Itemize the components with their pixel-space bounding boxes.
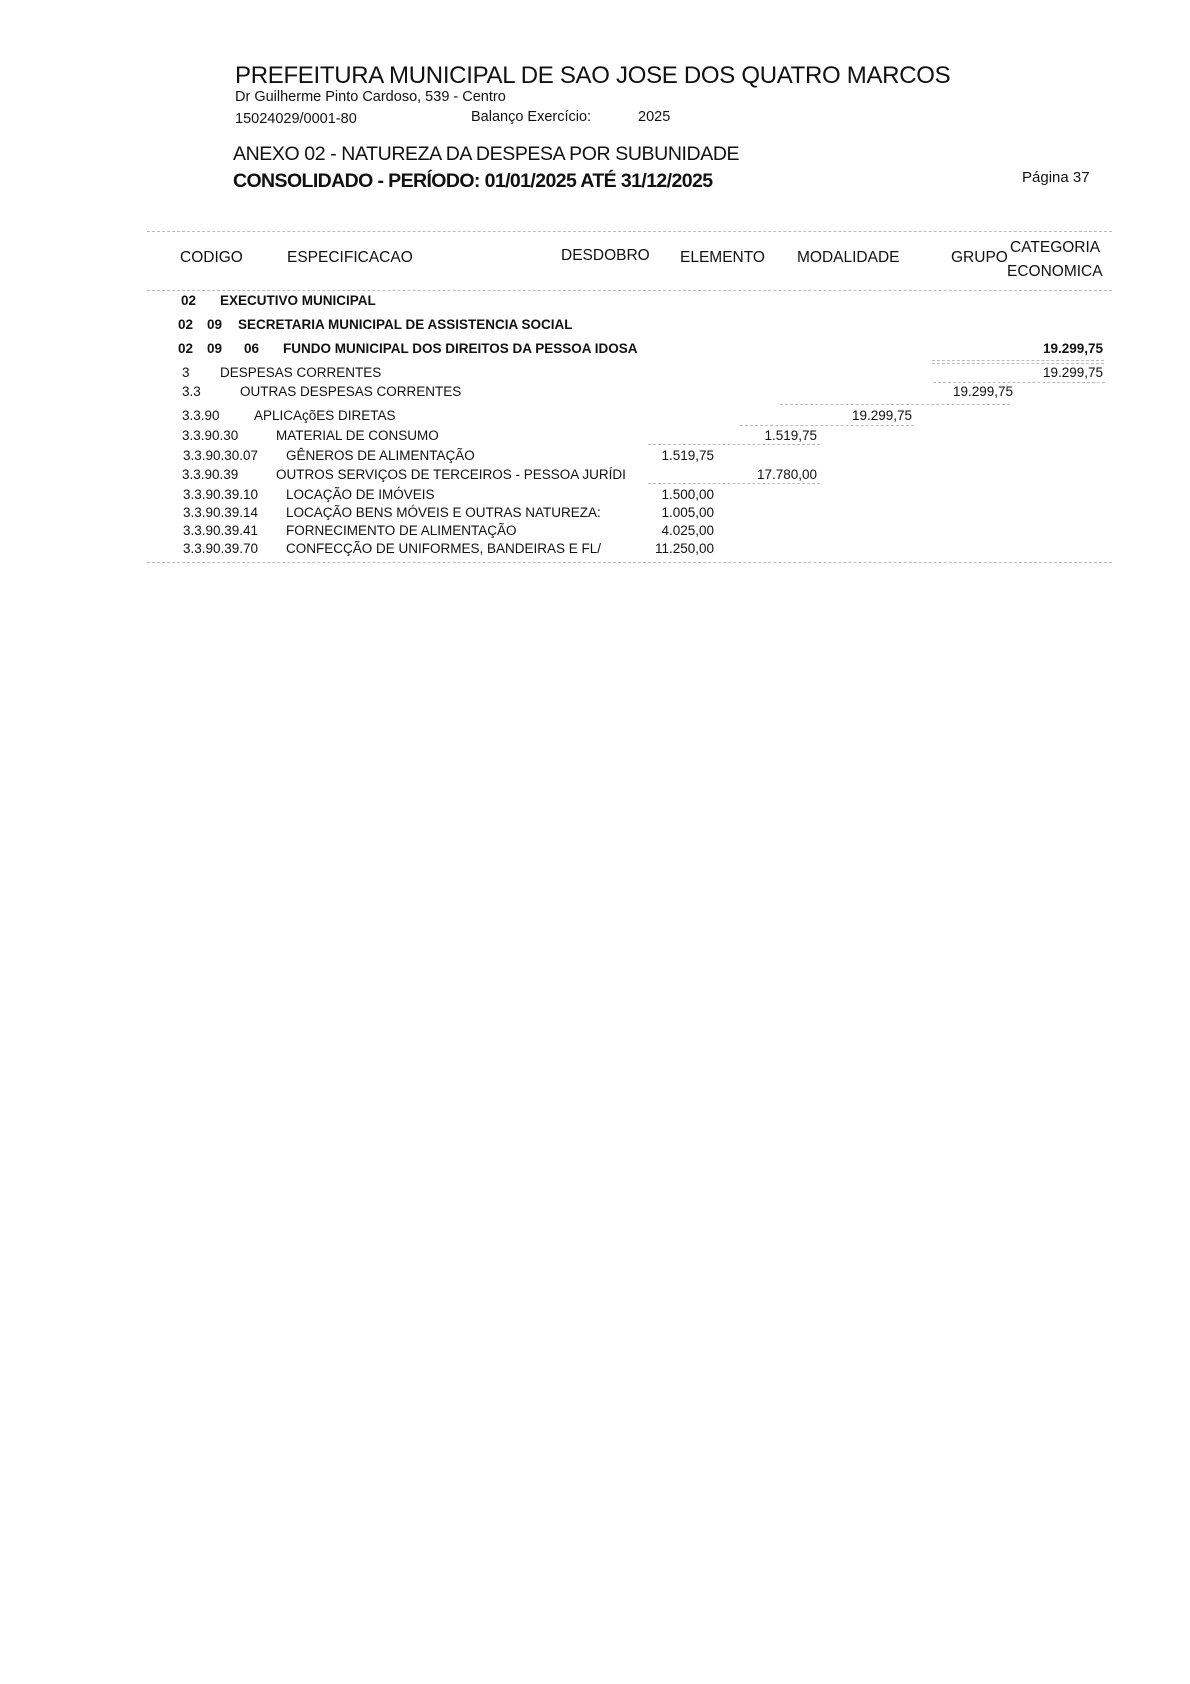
report-period: CONSOLIDADO - PERÍODO: 01/01/2025 ATÉ 31… [233,170,712,193]
row-desc: OUTRAS DESPESAS CORRENTES [240,384,461,399]
row-categoria-value: 19.299,75 [1043,365,1103,380]
row-desc: CONFECÇÃO DE UNIFORMES, BANDEIRAS E FL/ [286,541,601,556]
subunidade-name: FUNDO MUNICIPAL DOS DIREITOS DA PESSOA I… [283,341,638,356]
row-elemento-value: 17.780,00 [757,467,817,482]
row-code: 3.3.90 [182,408,220,423]
row-desdobro-value: 1.519,75 [661,448,714,463]
entity-cnpj: 15024029/0001-80 [235,111,357,127]
row-desc: APLICAçõES DIRETAS [254,408,396,423]
row-desc: DESPESAS CORRENTES [220,365,381,380]
col-modalidade: MODALIDADE [797,249,900,267]
row-code: 3.3.90.39 [182,467,238,482]
row-code: 3 [182,365,190,380]
grupo-divider [780,404,1010,405]
col-desdobro: DESDOBRO [561,247,650,265]
subunidade-code2: 09 [207,341,222,356]
row-desdobro-value: 11.250,00 [655,541,714,556]
row-desdobro-value: 1.005,00 [661,505,714,520]
header-top-divider [147,231,1112,232]
report-title: ANEXO 02 - NATUREZA DA DESPESA POR SUBUN… [233,143,739,166]
subunidade-total: 19.299,75 [1043,341,1103,356]
header-bottom-divider [147,290,1112,291]
table-bottom-divider [147,562,1112,563]
col-codigo: CODIGO [180,249,243,267]
col-grupo: GRUPO [951,249,1008,267]
col-elemento: ELEMENTO [680,249,765,267]
categoria-divider [933,382,1105,383]
elemento-divider [648,444,820,445]
row-code: 3.3.90.39.41 [183,523,258,538]
row-desc: MATERIAL DE CONSUMO [276,428,439,443]
row-code: 3.3 [182,384,201,399]
row-desdobro-value: 4.025,00 [661,523,714,538]
row-elemento-value: 1.519,75 [764,428,817,443]
subunidade-code1: 02 [178,341,193,356]
row-desdobro-value: 1.500,00 [661,487,714,502]
row-desc: GÊNEROS DE ALIMENTAÇÃO [286,448,475,463]
orgao-name: EXECUTIVO MUNICIPAL [220,293,376,308]
row-grupo-value: 19.299,75 [953,384,1013,399]
row-code: 3.3.90.39.14 [183,505,258,520]
unidade-code2: 09 [207,317,222,332]
balance-year: 2025 [638,109,670,125]
row-code: 3.3.90.30.07 [183,448,258,463]
total-double-divider [932,360,1104,364]
entity-name: PREFEITURA MUNICIPAL DE SAO JOSE DOS QUA… [235,62,950,90]
row-desc: LOCAÇÃO DE IMÓVEIS [286,487,435,502]
row-code: 3.3.90.39.70 [183,541,258,556]
row-modalidade-value: 19.299,75 [852,408,912,423]
orgao-code: 02 [181,293,196,308]
row-desc: FORNECIMENTO DE ALIMENTAÇÃO [286,523,517,538]
subunidade-code3: 06 [244,341,259,356]
balance-label: Balanço Exercício: [471,109,591,125]
col-categoria-line1: CATEGORIA [1010,239,1100,257]
col-especificacao: ESPECIFICACAO [287,249,413,267]
col-categoria-line2: ECONOMICA [1007,263,1103,281]
row-desc: LOCAÇÃO BENS MÓVEIS E OUTRAS NATUREZA: [286,505,601,520]
unidade-code1: 02 [178,317,193,332]
row-desc: OUTROS SERVIÇOS DE TERCEIROS - PESSOA JU… [276,467,626,482]
unidade-name: SECRETARIA MUNICIPAL DE ASSISTENCIA SOCI… [238,317,573,332]
entity-address: Dr Guilherme Pinto Cardoso, 539 - Centro [235,89,506,105]
row-code: 3.3.90.30 [182,428,238,443]
modalidade-divider [740,425,914,426]
page-number: Página 37 [1022,169,1090,186]
row-code: 3.3.90.39.10 [183,487,258,502]
elemento-divider [648,483,820,484]
